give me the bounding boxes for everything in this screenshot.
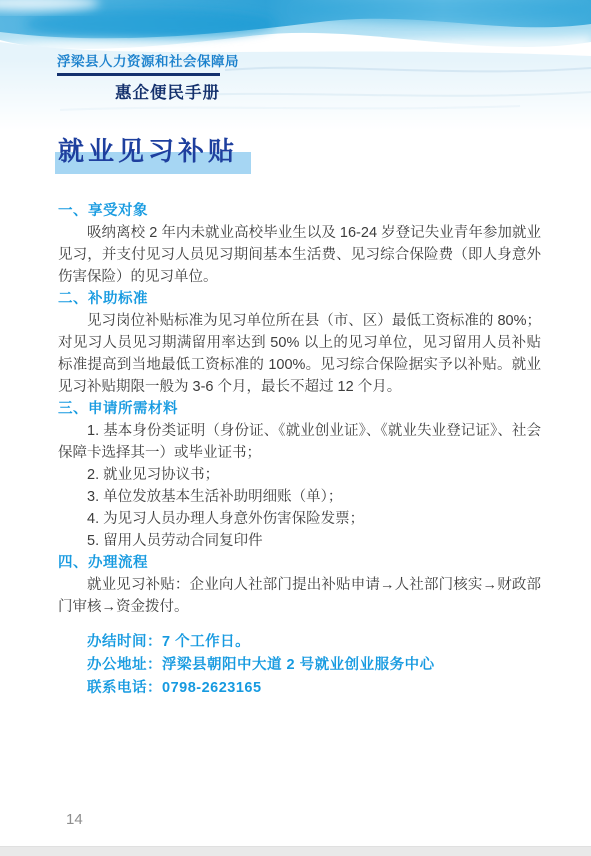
section-heading: 一、享受对象: [58, 200, 541, 222]
section-heading: 三、申请所需材料: [58, 398, 541, 420]
document-page: 浮梁县人力资源和社会保障局 惠企便民手册 就业见习补贴 一、享受对象 吸纳离校 …: [0, 0, 591, 856]
section-required-materials: 三、申请所需材料 1. 基本身份类证明（身份证、《就业创业证》、《就业失业登记证…: [58, 398, 541, 552]
section-heading: 四、办理流程: [58, 552, 541, 574]
page-bottom-edge: [0, 846, 591, 856]
page-title-text: 就业见习补贴: [58, 136, 238, 166]
page-title: 就业见习补贴: [58, 134, 541, 168]
section-process: 四、办理流程 就业见习补贴：企业向人社部门提出补贴申请→人社部门核实→财政部门审…: [58, 552, 541, 618]
material-list-item: 4. 为见习人员办理人身意外伤害保险发票；: [58, 508, 541, 530]
content-area: 就业见习补贴 一、享受对象 吸纳离校 2 年内未就业高校毕业生以及 16-24 …: [58, 134, 541, 700]
page-number: 14: [66, 811, 83, 828]
section-paragraph: 见习岗位补贴标准为见习单位所在县（市、区）最低工资标准的 80%；对见习人员见习…: [58, 310, 541, 398]
section-paragraph: 吸纳离校 2 年内未就业高校毕业生以及 16-24 岁登记失业青年参加就业见习，…: [58, 222, 541, 288]
material-list-item: 1. 基本身份类证明（身份证、《就业创业证》、《就业失业登记证》、社会保障卡选择…: [58, 420, 541, 464]
material-list-item: 3. 单位发放基本生活补助明细账（单）；: [58, 486, 541, 508]
section-paragraph: 就业见习补贴：企业向人社部门提出补贴申请→人社部门核实→财政部门审核→资金拨付。: [58, 574, 541, 618]
section-heading: 二、补助标准: [58, 288, 541, 310]
org-name: 浮梁县人力资源和社会保障局: [57, 50, 257, 70]
contact-info-block: 办结时间：7 个工作日。 办公地址：浮梁县朝阳中大道 2 号就业创业服务中心 联…: [58, 631, 541, 700]
office-address: 办公地址：浮梁县朝阳中大道 2 号就业创业服务中心: [58, 654, 541, 677]
section-eligible-targets: 一、享受对象 吸纳离校 2 年内未就业高校毕业生以及 16-24 岁登记失业青年…: [58, 200, 541, 288]
section-subsidy-standard: 二、补助标准 见习岗位补贴标准为见习单位所在县（市、区）最低工资标准的 80%；…: [58, 288, 541, 398]
material-list-item: 2. 就业见习协议书；: [58, 464, 541, 486]
contact-phone: 联系电话：0798-2623165: [58, 677, 541, 700]
material-list-item: 5. 留用人员劳动合同复印件: [58, 530, 541, 552]
header-divider: [57, 73, 220, 76]
handbook-title: 惠企便民手册: [57, 79, 220, 103]
document-header: 浮梁县人力资源和社会保障局 惠企便民手册: [57, 50, 257, 103]
processing-time: 办结时间：7 个工作日。: [58, 631, 541, 654]
